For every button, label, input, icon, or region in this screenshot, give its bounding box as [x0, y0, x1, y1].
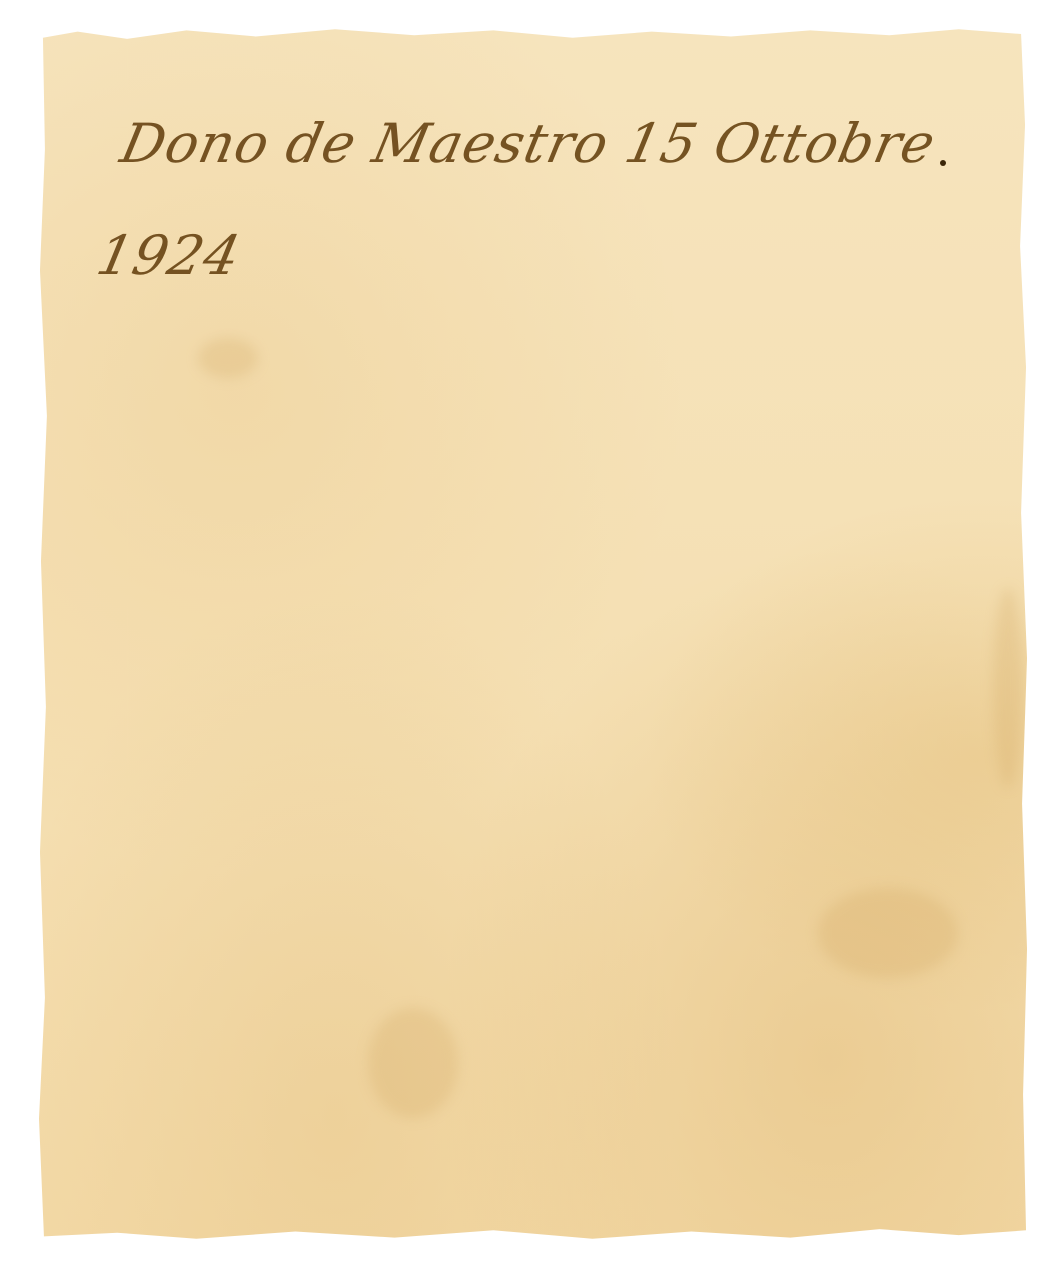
stain	[368, 1008, 458, 1118]
inscription-line-1: Dono de Maestro 15 Ottobre	[110, 88, 1014, 200]
stain	[198, 338, 258, 378]
stain	[818, 888, 958, 978]
inscription-line-2: 1924	[86, 200, 990, 312]
ink-dot	[940, 160, 946, 166]
stain	[993, 588, 1023, 788]
handwritten-inscription: Dono de Maestro 15 Ottobre 1924	[86, 88, 1014, 312]
